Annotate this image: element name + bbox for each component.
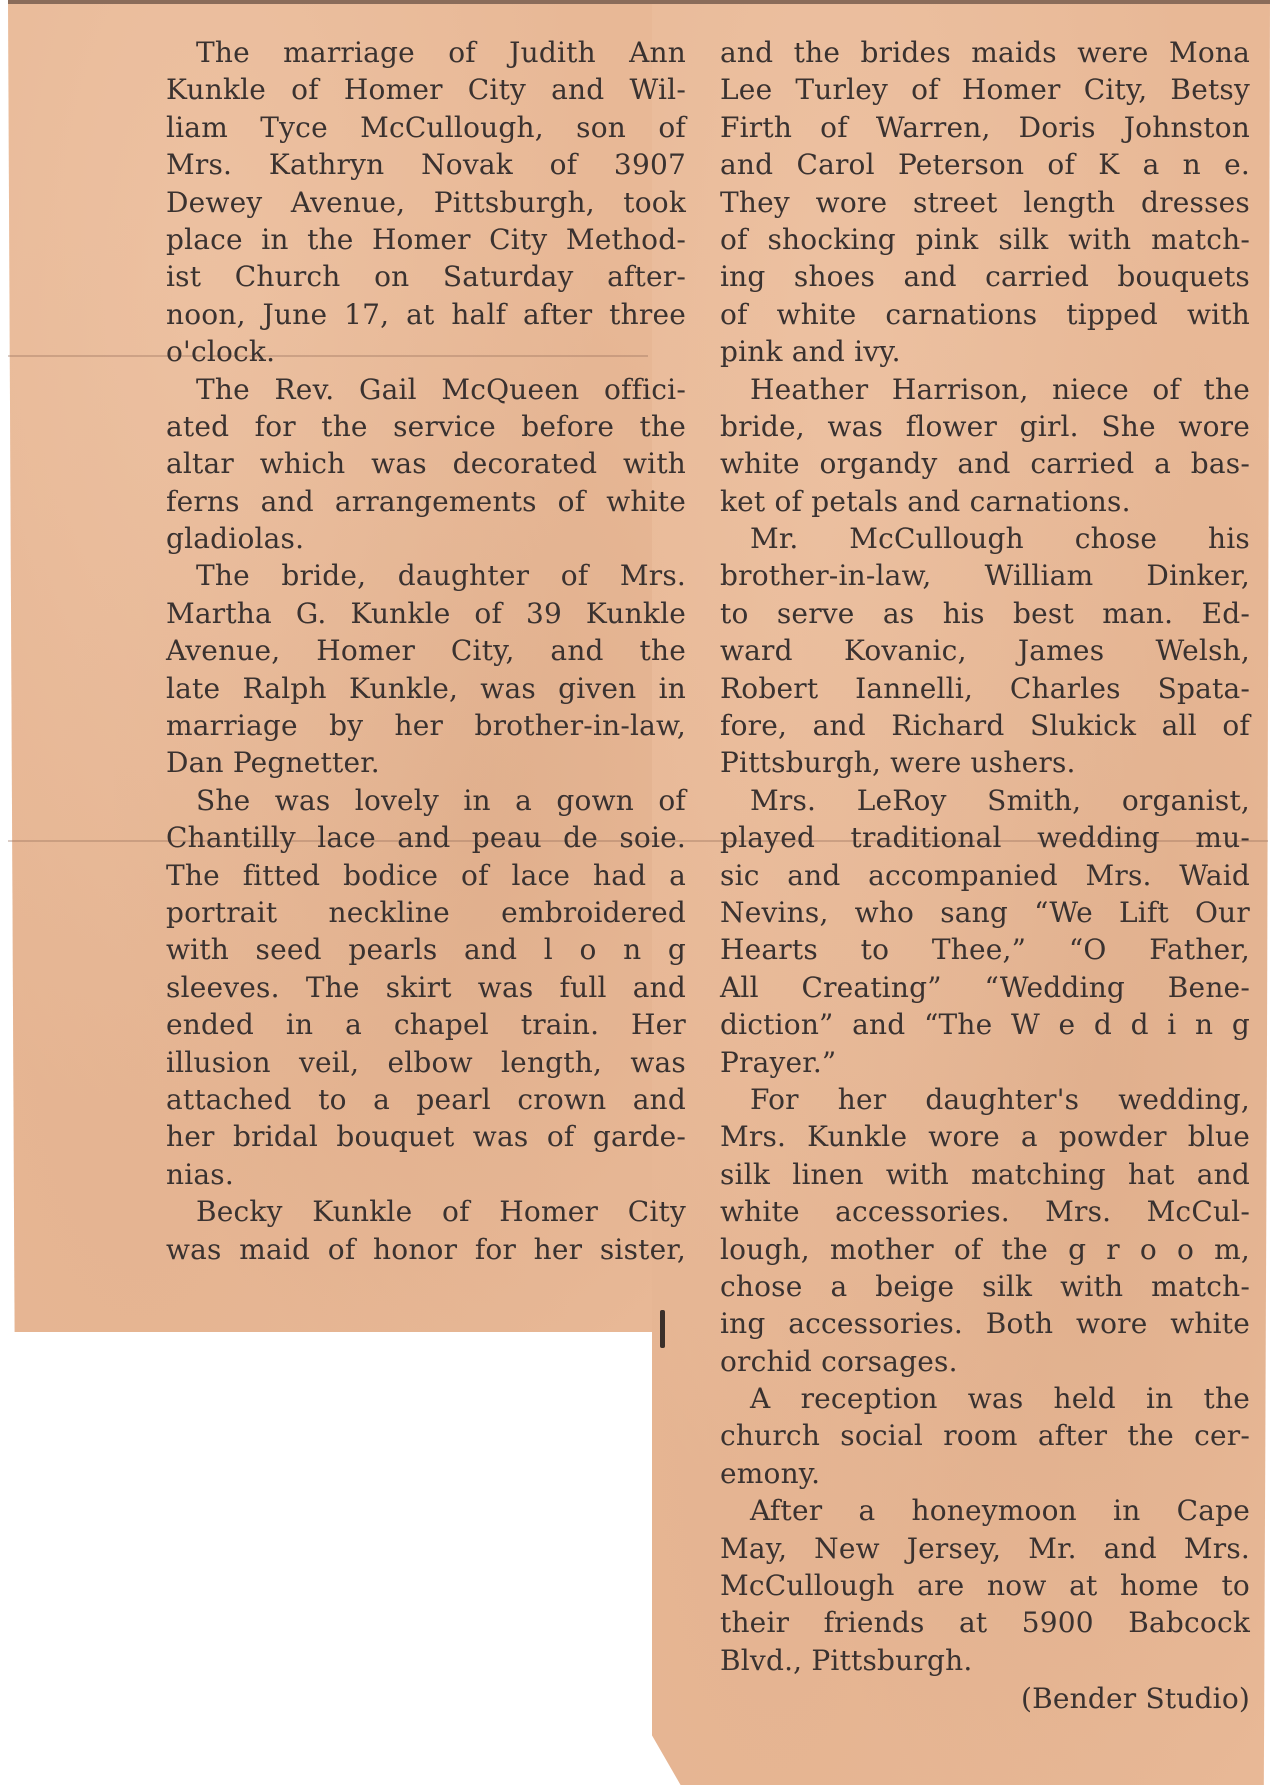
article-line: her bridal bouquet was of garde- — [166, 1118, 686, 1155]
article-line: Mrs. Kunkle wore a powder blue — [720, 1118, 1250, 1155]
article-credit-wrapper: (Bender Studio) — [720, 1680, 1250, 1717]
ink-mark — [660, 1310, 665, 1348]
article-line: The fitted bodice of lace had a — [166, 857, 686, 894]
article-line: altar which was decorated with — [166, 445, 686, 482]
article-line: fore, and Richard Slukick all of — [720, 707, 1250, 744]
article-line: portrait neckline embroidered — [166, 894, 686, 931]
article-line: played traditional wedding mu- — [720, 819, 1250, 856]
article-line: Mrs. LeRoy Smith, organist, — [720, 782, 1250, 819]
article-line: ing accessories. Both wore white — [720, 1305, 1250, 1342]
article-line: diction” and “The W e d d i n g — [720, 1006, 1250, 1043]
article-line: Mr. McCullough chose his — [720, 520, 1250, 557]
article-line: After a honeymoon in Cape — [720, 1492, 1250, 1529]
article-line: sic and accompanied Mrs. Waid — [720, 857, 1250, 894]
article-line: Firth of Warren, Doris Johnston — [720, 109, 1250, 146]
article-line: o'clock. — [166, 333, 686, 370]
article-line: McCullough are now at home to — [720, 1567, 1250, 1604]
article-line: They wore street length dresses — [720, 184, 1250, 221]
article-line: and the brides maids were Mona — [720, 34, 1250, 71]
article-line: Martha G. Kunkle of 39 Kunkle — [166, 595, 686, 632]
article-line: with seed pearls and l o n g — [166, 931, 686, 968]
article-line: bride, was flower girl. She wore — [720, 408, 1250, 445]
article-line: Dan Pegnetter. — [166, 744, 686, 781]
article-line: ket of petals and carnations. — [720, 483, 1250, 520]
article-line: Blvd., Pittsburgh. — [720, 1642, 1250, 1679]
article-line: nias. — [166, 1156, 686, 1193]
article-line: of shocking pink silk with match- — [720, 221, 1250, 258]
article-line: ing shoes and carried bouquets — [720, 258, 1250, 295]
article-line: Pittsburgh, were ushers. — [720, 744, 1250, 781]
article-line: Chantilly lace and peau de soie. — [166, 819, 686, 856]
article-line: white organdy and carried a bas- — [720, 445, 1250, 482]
article-line: The bride, daughter of Mrs. — [166, 557, 686, 594]
article-line: Prayer.” — [720, 1044, 1250, 1081]
article-line: illusion veil, elbow length, was — [166, 1044, 686, 1081]
article-line: Hearts to Thee,” “O Father, — [720, 931, 1250, 968]
article-line: to serve as his best man. Ed- — [720, 595, 1250, 632]
article-left-column: The marriage of Judith AnnKunkle of Home… — [166, 34, 686, 1268]
article-right-column: and the brides maids were MonaLee Turley… — [720, 34, 1250, 1679]
article-line: All Creating” “Wedding Bene- — [720, 969, 1250, 1006]
article-line: ferns and arrangements of white — [166, 483, 686, 520]
article-line: Mrs. Kathryn Novak of 3907 — [166, 146, 686, 183]
article-line: place in the Homer City Method- — [166, 221, 686, 258]
article-line: Dewey Avenue, Pittsburgh, took — [166, 184, 686, 221]
article-line: white accessories. Mrs. McCul- — [720, 1193, 1250, 1230]
article-line: pink and ivy. — [720, 333, 1250, 370]
article-line: Heather Harrison, niece of the — [720, 371, 1250, 408]
article-line: ended in a chapel train. Her — [166, 1006, 686, 1043]
article-line: their friends at 5900 Babcock — [720, 1604, 1250, 1641]
article-line: silk linen with matching hat and — [720, 1156, 1250, 1193]
article-line: Nevins, who sang “We Lift Our — [720, 894, 1250, 931]
article-line: ist Church on Saturday after- — [166, 258, 686, 295]
article-line: For her daughter's wedding, — [720, 1081, 1250, 1118]
article-line: May, New Jersey, Mr. and Mrs. — [720, 1530, 1250, 1567]
photo-credit: (Bender Studio) — [720, 1680, 1250, 1717]
article-line: The marriage of Judith Ann — [166, 34, 686, 71]
article-line: chose a beige silk with match- — [720, 1268, 1250, 1305]
article-line: Robert Iannelli, Charles Spata- — [720, 670, 1250, 707]
article-line: Becky Kunkle of Homer City — [166, 1193, 686, 1230]
article-line: noon, June 17, at half after three — [166, 296, 686, 333]
article-line: marriage by her brother-in-law, — [166, 707, 686, 744]
article-line: sleeves. The skirt was full and — [166, 969, 686, 1006]
article-line: gladiolas. — [166, 520, 686, 557]
article-line: brother-in-law, William Dinker, — [720, 557, 1250, 594]
article-line: She was lovely in a gown of — [166, 782, 686, 819]
article-line: emony. — [720, 1455, 1250, 1492]
article-line: Lee Turley of Homer City, Betsy — [720, 71, 1250, 108]
article-line: ated for the service before the — [166, 408, 686, 445]
article-line: The Rev. Gail McQueen offici- — [166, 371, 686, 408]
article-line: attached to a pearl crown and — [166, 1081, 686, 1118]
article-line: lough, mother of the g r o o m, — [720, 1231, 1250, 1268]
article-line: was maid of honor for her sister, — [166, 1231, 686, 1268]
article-line: Avenue, Homer City, and the — [166, 632, 686, 669]
article-line: church social room after the cer- — [720, 1417, 1250, 1454]
article-line: A reception was held in the — [720, 1380, 1250, 1417]
article-line: orchid corsages. — [720, 1343, 1250, 1380]
article-line: Kunkle of Homer City and Wil- — [166, 71, 686, 108]
article-line: and Carol Peterson of K a n e. — [720, 146, 1250, 183]
article-line: of white carnations tipped with — [720, 296, 1250, 333]
article-line: ward Kovanic, James Welsh, — [720, 632, 1250, 669]
article-line: late Ralph Kunkle, was given in — [166, 670, 686, 707]
article-line: liam Tyce McCullough, son of — [166, 109, 686, 146]
